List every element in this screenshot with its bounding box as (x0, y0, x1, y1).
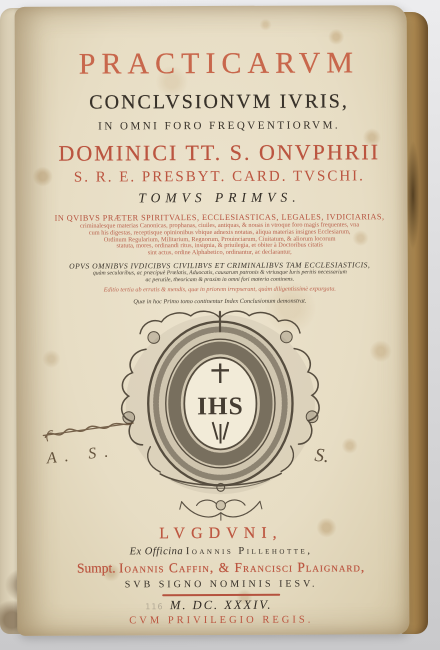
cherub-swag-ornament-svg (174, 496, 268, 524)
title-page: PRACTICARVM CONCLVSIONVM IVRIS, IN OMNI … (15, 5, 410, 636)
imprint-publishers-prefix: Sumpt. (77, 561, 116, 576)
imprint-place: LVGDVNI, (49, 524, 393, 543)
book-photograph: PRACTICARVM CONCLVSIONVM IVRIS, IN OMNI … (0, 0, 440, 650)
author-line-1: DOMINICI TT. S. ONVPHRII (47, 140, 391, 165)
author-line-2: S. R. E. PRESBYT. CARD. TVSCHI. (47, 168, 391, 186)
ihs-monogram: IHS (197, 392, 244, 420)
red-rule-divider (162, 594, 280, 597)
index-note: Quæ in hoc Primo tomo continentur Index … (48, 297, 392, 306)
imprint-publishers: Sumpt. Ioannis Caffin, & Francisci Plaig… (49, 560, 393, 576)
argument-line: sint actus, ordine Alphabetico, ordinant… (48, 249, 392, 257)
imprint-printer: Ex Officina Ioannis Pillehotte, (49, 545, 393, 558)
imprint-publishers-names: Ioannis Caffin, & Francisci Plaignard, (119, 560, 365, 576)
imprint-year: M. DC. XXXIV. (49, 598, 393, 613)
imprint-printer-name: Ioannis Pillehotte, (186, 546, 313, 558)
imprint-privilege: CVM PRIVILEGIO REGIS. (49, 614, 393, 627)
argument-paragraph: criminalesque materias Canonicas, propha… (48, 222, 392, 257)
book-subtitle-2: IN OMNI FORO FREQVENTIORVM. (47, 119, 391, 133)
imprint-shop-sign: SVB SIGNO NOMINIS IESV. (49, 578, 393, 591)
volume-statement: TOMVS PRIMVS. (47, 190, 391, 206)
title-page-content: PRACTICARVM CONCLVSIONVM IVRIS, IN OMNI … (15, 5, 410, 636)
book-subtitle: CONCLVSIONVM IVRIS, (47, 91, 391, 114)
tailpiece-ornament (49, 495, 393, 525)
pencil-number: 116 (145, 602, 163, 611)
cherub-head (216, 501, 225, 510)
emblem-engraving-svg: IHS (103, 308, 338, 504)
edition-note: Editio tertia ab erratis & mendis, quæ i… (48, 285, 392, 294)
strike-through-line (43, 423, 134, 435)
book-title: PRACTICARVM (47, 47, 391, 80)
jesuit-ihs-device-engraving: IHS (48, 307, 393, 503)
ink-flourish: S. (314, 445, 330, 468)
opus-paragraph: quàm secularibus, ac præcipuè Prælatis, … (48, 270, 392, 284)
imprint-printer-prefix: Ex Officina (130, 546, 184, 557)
